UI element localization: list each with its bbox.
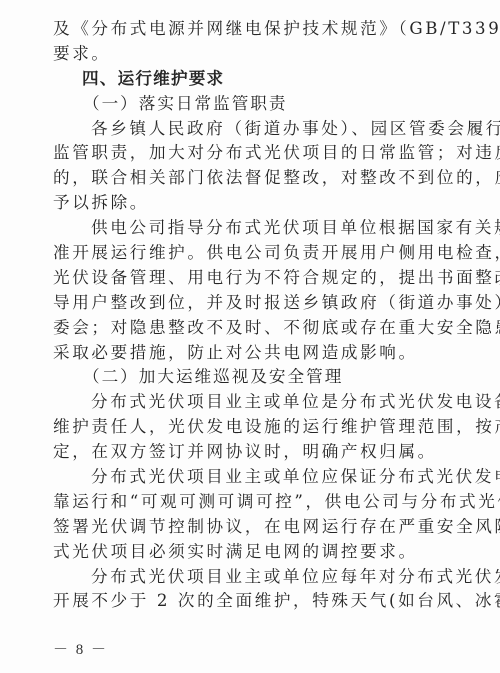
text-line: 签署光伏调节控制协议，在电网运行存在严重安全风险时，分布 (53, 515, 459, 540)
subsection-heading: （一）落实日常监管职责 (53, 92, 459, 117)
document-page: 及《分布式电源并网继电保护技术规范》（GB/T33982）的技术 要求。 四、运… (0, 0, 500, 673)
text-line: 及《分布式电源并网继电保护技术规范》（GB/T33982）的技术 (53, 17, 459, 42)
page-number: － 8 － (53, 640, 108, 660)
paragraph-start: 分布式光伏项目业主或单位是分布式光伏发电设备的运行 (53, 390, 459, 415)
paragraph-start: 供电公司指导分布式光伏项目单位根据国家有关规定和标 (53, 216, 459, 241)
paragraph-start: 各乡镇人民政府（街道办事处）、园区管委会履行属地安全 (53, 117, 459, 142)
section-heading: 四、运行维护要求 (53, 67, 459, 92)
text-line: 维护责任人，光伏发电设施的运行维护管理范围，按产权归属确 (53, 415, 459, 440)
text-line: 导用户整改到位，并及时报送乡镇政府（街道办事处）、园区管 (53, 291, 459, 316)
paragraph-start: 分布式光伏项目业主或单位应保证分布式光伏发电设备可 (53, 465, 459, 490)
text-line: 光伏设备管理、用电行为不符合规定的，提出书面整改意见，指 (53, 266, 459, 291)
subsection-heading: （二）加大运维巡视及安全管理 (53, 365, 459, 390)
text-line: 准开展运行维护。供电公司负责开展用户侧用电检查，对分布式 (53, 241, 459, 266)
text-line: 委会；对隐患整改不及时、不彻底或存在重大安全隐患的，及时 (53, 316, 459, 341)
text-line: 要求。 (53, 42, 459, 67)
text-line: 采取必要措施，防止对公共电网造成影响。 (53, 341, 459, 366)
text-line: 靠运行和“可观可测可调可控”，供电公司与分布式光伏发电用户 (53, 490, 459, 515)
text-line: 定，在双方签订并网协议时，明确产权归属。 (53, 440, 459, 465)
text-line: 的，联合相关部门依法督促整改，对整改不到位的，应及时依法 (53, 166, 459, 191)
text-line: 予以拆除。 (53, 191, 459, 216)
text-line: 式光伏项目必须实时满足电网的调控要求。 (53, 540, 459, 565)
paragraph-start: 分布式光伏项目业主或单位应每年对分布式光伏发电设备 (53, 565, 459, 590)
text-line: 开展不少于 2 次的全面维护，特殊天气(如台风、冰雹、高温等) (53, 589, 459, 614)
document-body: 及《分布式电源并网继电保护技术规范》（GB/T33982）的技术 要求。 四、运… (53, 17, 459, 614)
text-line: 监管职责，加大对分布式光伏项目的日常监管；对违反相关规定 (53, 141, 459, 166)
